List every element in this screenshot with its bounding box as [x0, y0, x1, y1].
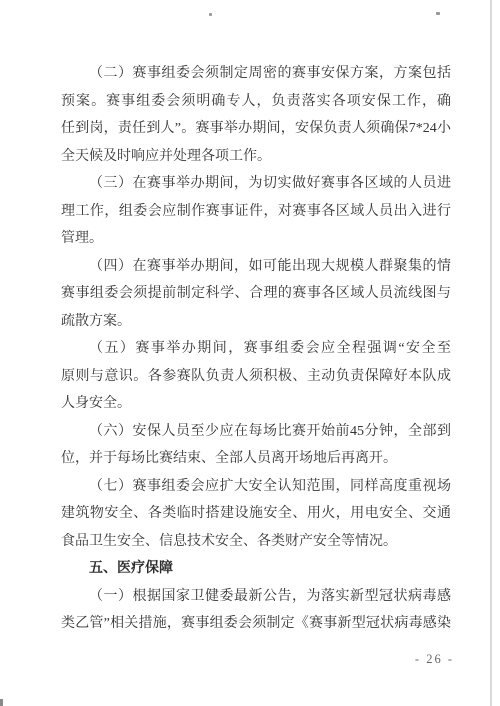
text-line: 理工作，组委会应制作赛事证件，对赛事各区域人员出入进行严格 [61, 198, 451, 226]
text-line-content: 建筑物安全、各类临时搭建设施安全、用火，用电安全、交通安全、 [61, 506, 451, 528]
text-line: 建筑物安全、各类临时搭建设施安全、用火，用电安全、交通安全、 [61, 500, 451, 528]
text-line-content: 类乙管”相关措施，赛事组委会须制定《赛事新型冠状病毒感染防 [61, 616, 451, 638]
document-body: （二）赛事组委会须制定周密的赛事安保方案，方案包括应急预案。赛事组委会须明确专人… [61, 60, 451, 638]
text-line-content: 全天候及时响应并处理各项工作。 [61, 149, 271, 164]
text-line-content: （四）在赛事举办期间，如可能出现大规模人群聚集的情况， [61, 259, 451, 281]
text-line-content: 预案。赛事组委会须明确专人，负责落实各项安保工作，确保“责 [61, 94, 451, 116]
text-line: 预案。赛事组委会须明确专人，负责落实各项安保工作，确保“责 [61, 88, 451, 116]
text-line-content: 食品卫生安全、信息技术安全、各类财产安全等情况。 [61, 534, 397, 549]
text-line: 管理。 [61, 225, 451, 253]
text-line-content: （五）赛事举办期间，赛事组委会应全程强调“安全至上”的 [61, 341, 451, 363]
text-line-content: 赛事组委会须提前制定科学、合理的赛事各区域人员流线图与人员 [61, 286, 451, 308]
text-line: 五、医疗保障 [61, 555, 451, 583]
page-number: - 26 - [415, 652, 454, 667]
text-line: 类乙管”相关措施，赛事组委会须制定《赛事新型冠状病毒感染防 [61, 610, 451, 638]
text-line: 位，并于每场比赛结束、全部人员离开场地后再离开。 [61, 445, 451, 473]
scan-speck-artifact [209, 13, 212, 16]
text-line: （二）赛事组委会须制定周密的赛事安保方案，方案包括应急 [61, 60, 451, 88]
text-line-content: 人身安全。 [61, 396, 131, 411]
scan-corner-artifact [0, 699, 3, 706]
text-line: （四）在赛事举办期间，如可能出现大规模人群聚集的情况， [61, 253, 451, 281]
text-line-content: （七）赛事组委会应扩大安全认知范围，同样高度重视场地等 [61, 479, 451, 501]
text-line: 人身安全。 [61, 390, 451, 418]
text-line-content: 疏散方案。 [61, 314, 131, 329]
scanned-document-page: （二）赛事组委会须制定周密的赛事安保方案，方案包括应急预案。赛事组委会须明确专人… [0, 0, 500, 706]
text-line: （六）安保人员至少应在每场比赛开始前45分钟，全部到岗就 [61, 418, 451, 446]
text-line-content: 理工作，组委会应制作赛事证件，对赛事各区域人员出入进行严格 [61, 204, 451, 226]
text-line-content: （三）在赛事举办期间，为切实做好赛事各区域的人员进出管 [61, 176, 451, 198]
text-line: 疏散方案。 [61, 308, 451, 336]
text-line: 全天候及时响应并处理各项工作。 [61, 143, 451, 171]
text-line: （三）在赛事举办期间，为切实做好赛事各区域的人员进出管 [61, 170, 451, 198]
text-line-content: （一）根据国家卫健委最新公告，为落实新型冠状病毒感染“乙 [61, 589, 451, 611]
text-line: 任到岗，责任到人”。赛事举办期间，安保负责人须确保7*24小时 [61, 115, 451, 143]
text-line-content: 任到岗，责任到人”。赛事举办期间，安保负责人须确保7*24小时 [61, 121, 451, 143]
text-line: 食品卫生安全、信息技术安全、各类财产安全等情况。 [61, 528, 451, 556]
text-line: （五）赛事举办期间，赛事组委会应全程强调“安全至上”的 [61, 335, 451, 363]
scan-speck-artifact [436, 12, 440, 15]
text-line-content: 五、医疗保障 [89, 561, 173, 576]
text-line-content: 管理。 [61, 231, 103, 246]
text-line: 赛事组委会须提前制定科学、合理的赛事各区域人员流线图与人员 [61, 280, 451, 308]
text-line-content: （六）安保人员至少应在每场比赛开始前45分钟，全部到岗就 [61, 424, 451, 446]
text-line-content: 原则与意识。各参赛队负责人须积极、主动负责保障好本队成员的 [61, 369, 451, 391]
text-line: （一）根据国家卫健委最新公告，为落实新型冠状病毒感染“乙 [61, 583, 451, 611]
scan-edge-line [490, 0, 492, 706]
text-line: （七）赛事组委会应扩大安全认知范围，同样高度重视场地等 [61, 473, 451, 501]
text-line-content: 位，并于每场比赛结束、全部人员离开场地后再离开。 [61, 451, 397, 466]
text-line: 原则与意识。各参赛队负责人须积极、主动负责保障好本队成员的 [61, 363, 451, 391]
text-line-content: （二）赛事组委会须制定周密的赛事安保方案，方案包括应急 [61, 66, 451, 88]
